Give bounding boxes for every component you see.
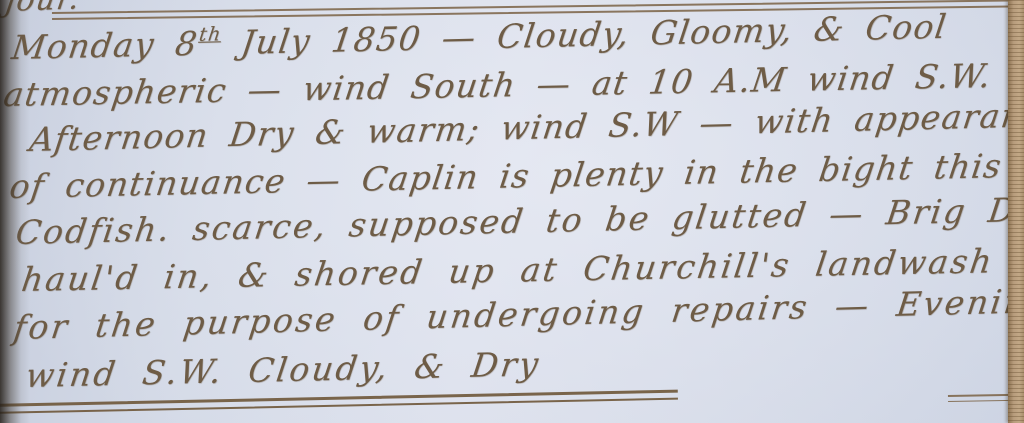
entry-line-8: wind S.W. Cloudy, & Dry — [23, 344, 543, 395]
date-line-pre: Monday 8 — [9, 24, 200, 67]
manuscript-page: jour. Monday 8th July 1850 — Cloudy, Glo… — [0, 0, 1024, 423]
stacked-page-edges — [1008, 0, 1024, 423]
entry-separator-rule-bottom-right — [948, 394, 1012, 402]
date-ordinal-superscript: th — [198, 23, 224, 46]
